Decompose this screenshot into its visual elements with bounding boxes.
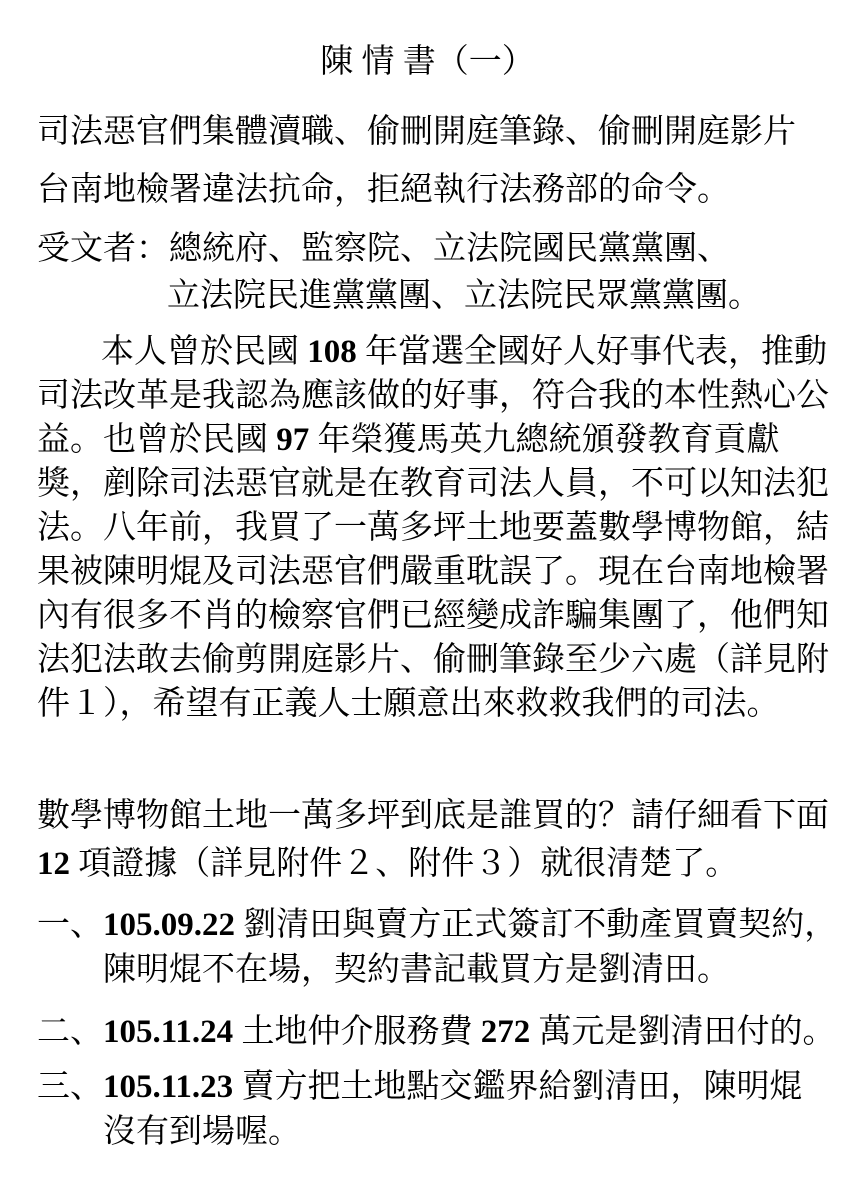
- text-line: 二、105.11.24 土地仲介服務費 272 萬元是劉清田付的。: [37, 1010, 818, 1055]
- text-segment: 益。也曾於民國: [37, 422, 276, 458]
- bold-text-segment: 105.09.22: [103, 907, 235, 943]
- text-segment: 立法院民進黨黨團、立法院民眾黨黨團。: [167, 278, 761, 314]
- intro-line-dereliction: 司法惡官們集體瀆職、偷刪開庭筆錄、偷刪開庭影片: [37, 110, 818, 154]
- text-segment: 土地仲介服務費: [233, 1014, 481, 1050]
- text-segment: 劉清田與賣方正式簽訂不動產買賣契約，: [235, 907, 837, 943]
- text-line: 獎，剷除司法惡官就是在教育司法人員，不可以知法犯: [37, 462, 818, 506]
- text-segment: 受文者：總統府、監察院、立法院國民黨黨團、: [37, 231, 730, 267]
- text-segment: 陳明焜不在場，契約書記載買方是劉清田。: [103, 952, 730, 988]
- bold-text-segment: 12: [37, 846, 70, 882]
- bold-text-segment: 105.11.23: [103, 1069, 233, 1105]
- text-line: 數學博物館土地一萬多坪到底是誰買的？請仔細看下面: [37, 792, 818, 840]
- text-line: 三、105.11.23 賣方把土地點交鑑界給劉清田，陳明焜: [37, 1065, 818, 1110]
- bold-text-segment: 105.11.24: [103, 1014, 233, 1050]
- text-line: 受文者：總統府、監察院、立法院國民黨黨團、: [37, 226, 818, 272]
- intro-line-defiance: 台南地檢署違法抗命，拒絕執行法務部的命令。: [37, 168, 818, 212]
- text-line: 法犯法敢去偷剪開庭影片、偷刪筆錄至少六處（詳見附: [37, 638, 818, 682]
- text-line: 法。八年前，我買了一萬多坪土地要蓋數學博物館，結: [37, 506, 818, 550]
- bold-text-segment: 108: [307, 334, 357, 370]
- text-line: 立法院民進黨黨團、立法院民眾黨黨團。: [37, 273, 818, 319]
- text-line: 司法改革是我認為應該做的好事，符合我的本性熱心公: [37, 374, 818, 418]
- text-segment: 本人曾於民國: [101, 334, 307, 370]
- question-paragraph: 數學博物館土地一萬多坪到底是誰買的？請仔細看下面12 項證據（詳見附件２、附件３…: [37, 792, 818, 888]
- text-segment: 年當選全國好人好事代表，推動: [357, 334, 827, 370]
- text-segment: 數學博物館土地一萬多坪到底是誰買的？請仔細看下面: [37, 798, 829, 834]
- text-segment: 賣方把土地點交鑑界給劉清田，陳明焜: [233, 1069, 802, 1105]
- text-segment: 獎，剷除司法惡官就是在教育司法人員，不可以知法犯: [37, 466, 829, 502]
- text-line: 12 項證據（詳見附件２、附件３）就很清楚了。: [37, 840, 818, 888]
- recipients-block: 受文者：總統府、監察院、立法院國民黨黨團、立法院民進黨黨團、立法院民眾黨黨團。: [37, 226, 818, 319]
- bold-text-segment: 97: [276, 422, 309, 458]
- text-line: 益。也曾於民國 97 年榮獲馬英九總統頒發教育貢獻: [37, 418, 818, 462]
- text-segment: 司法改革是我認為應該做的好事，符合我的本性熱心公: [37, 378, 829, 414]
- text-line: 果被陳明焜及司法惡官們嚴重耽誤了。現在台南地檢署: [37, 550, 818, 594]
- text-line: 沒有到場喔。: [37, 1110, 818, 1155]
- evidence-item-3: 三、105.11.23 賣方把土地點交鑑界給劉清田，陳明焜沒有到場喔。: [37, 1065, 818, 1155]
- document-page: 陳 情 書（一） 司法惡官們集體瀆職、偷刪開庭筆錄、偷刪開庭影片 台南地檢署違法…: [0, 0, 848, 1200]
- text-segment: 內有很多不肖的檢察官們已經變成詐騙集團了，他們知: [37, 598, 829, 634]
- text-segment: 一、: [37, 907, 103, 943]
- text-segment: 二、: [37, 1014, 103, 1050]
- text-line: 內有很多不肖的檢察官們已經變成詐騙集團了，他們知: [37, 594, 818, 638]
- text-segment: 法犯法敢去偷剪開庭影片、偷刪筆錄至少六處（詳見附: [37, 642, 829, 678]
- text-segment: 件１），希望有正義人士願意出來救救我們的司法。: [37, 686, 780, 722]
- text-segment: 果被陳明焜及司法惡官們嚴重耽誤了。現在台南地檢署: [37, 554, 829, 590]
- evidence-item-2: 二、105.11.24 土地仲介服務費 272 萬元是劉清田付的。: [37, 1010, 818, 1055]
- text-line: 本人曾於民國 108 年當選全國好人好事代表，推動: [37, 330, 818, 374]
- body-paragraph: 本人曾於民國 108 年當選全國好人好事代表，推動司法改革是我認為應該做的好事，…: [37, 330, 818, 726]
- text-segment: 項證據（詳見附件２、附件３）就很清楚了。: [70, 846, 738, 882]
- text-line: 一、105.09.22 劉清田與賣方正式簽訂不動產買賣契約，: [37, 903, 818, 948]
- text-line: 陳明焜不在場，契約書記載買方是劉清田。: [37, 948, 818, 993]
- bold-text-segment: 272: [481, 1014, 531, 1050]
- text-segment: 法。八年前，我買了一萬多坪土地要蓋數學博物館，結: [37, 510, 829, 546]
- text-segment: 三、: [37, 1069, 103, 1105]
- text-segment: 萬元是劉清田付的。: [530, 1014, 835, 1050]
- page-title: 陳 情 書（一）: [37, 0, 818, 84]
- text-line: 件１），希望有正義人士願意出來救救我們的司法。: [37, 682, 818, 726]
- evidence-item-1: 一、105.09.22 劉清田與賣方正式簽訂不動產買賣契約，陳明焜不在場，契約書…: [37, 903, 818, 993]
- text-segment: 年榮獲馬英九總統頒發教育貢獻: [309, 422, 779, 458]
- text-segment: 沒有到場喔。: [103, 1114, 301, 1150]
